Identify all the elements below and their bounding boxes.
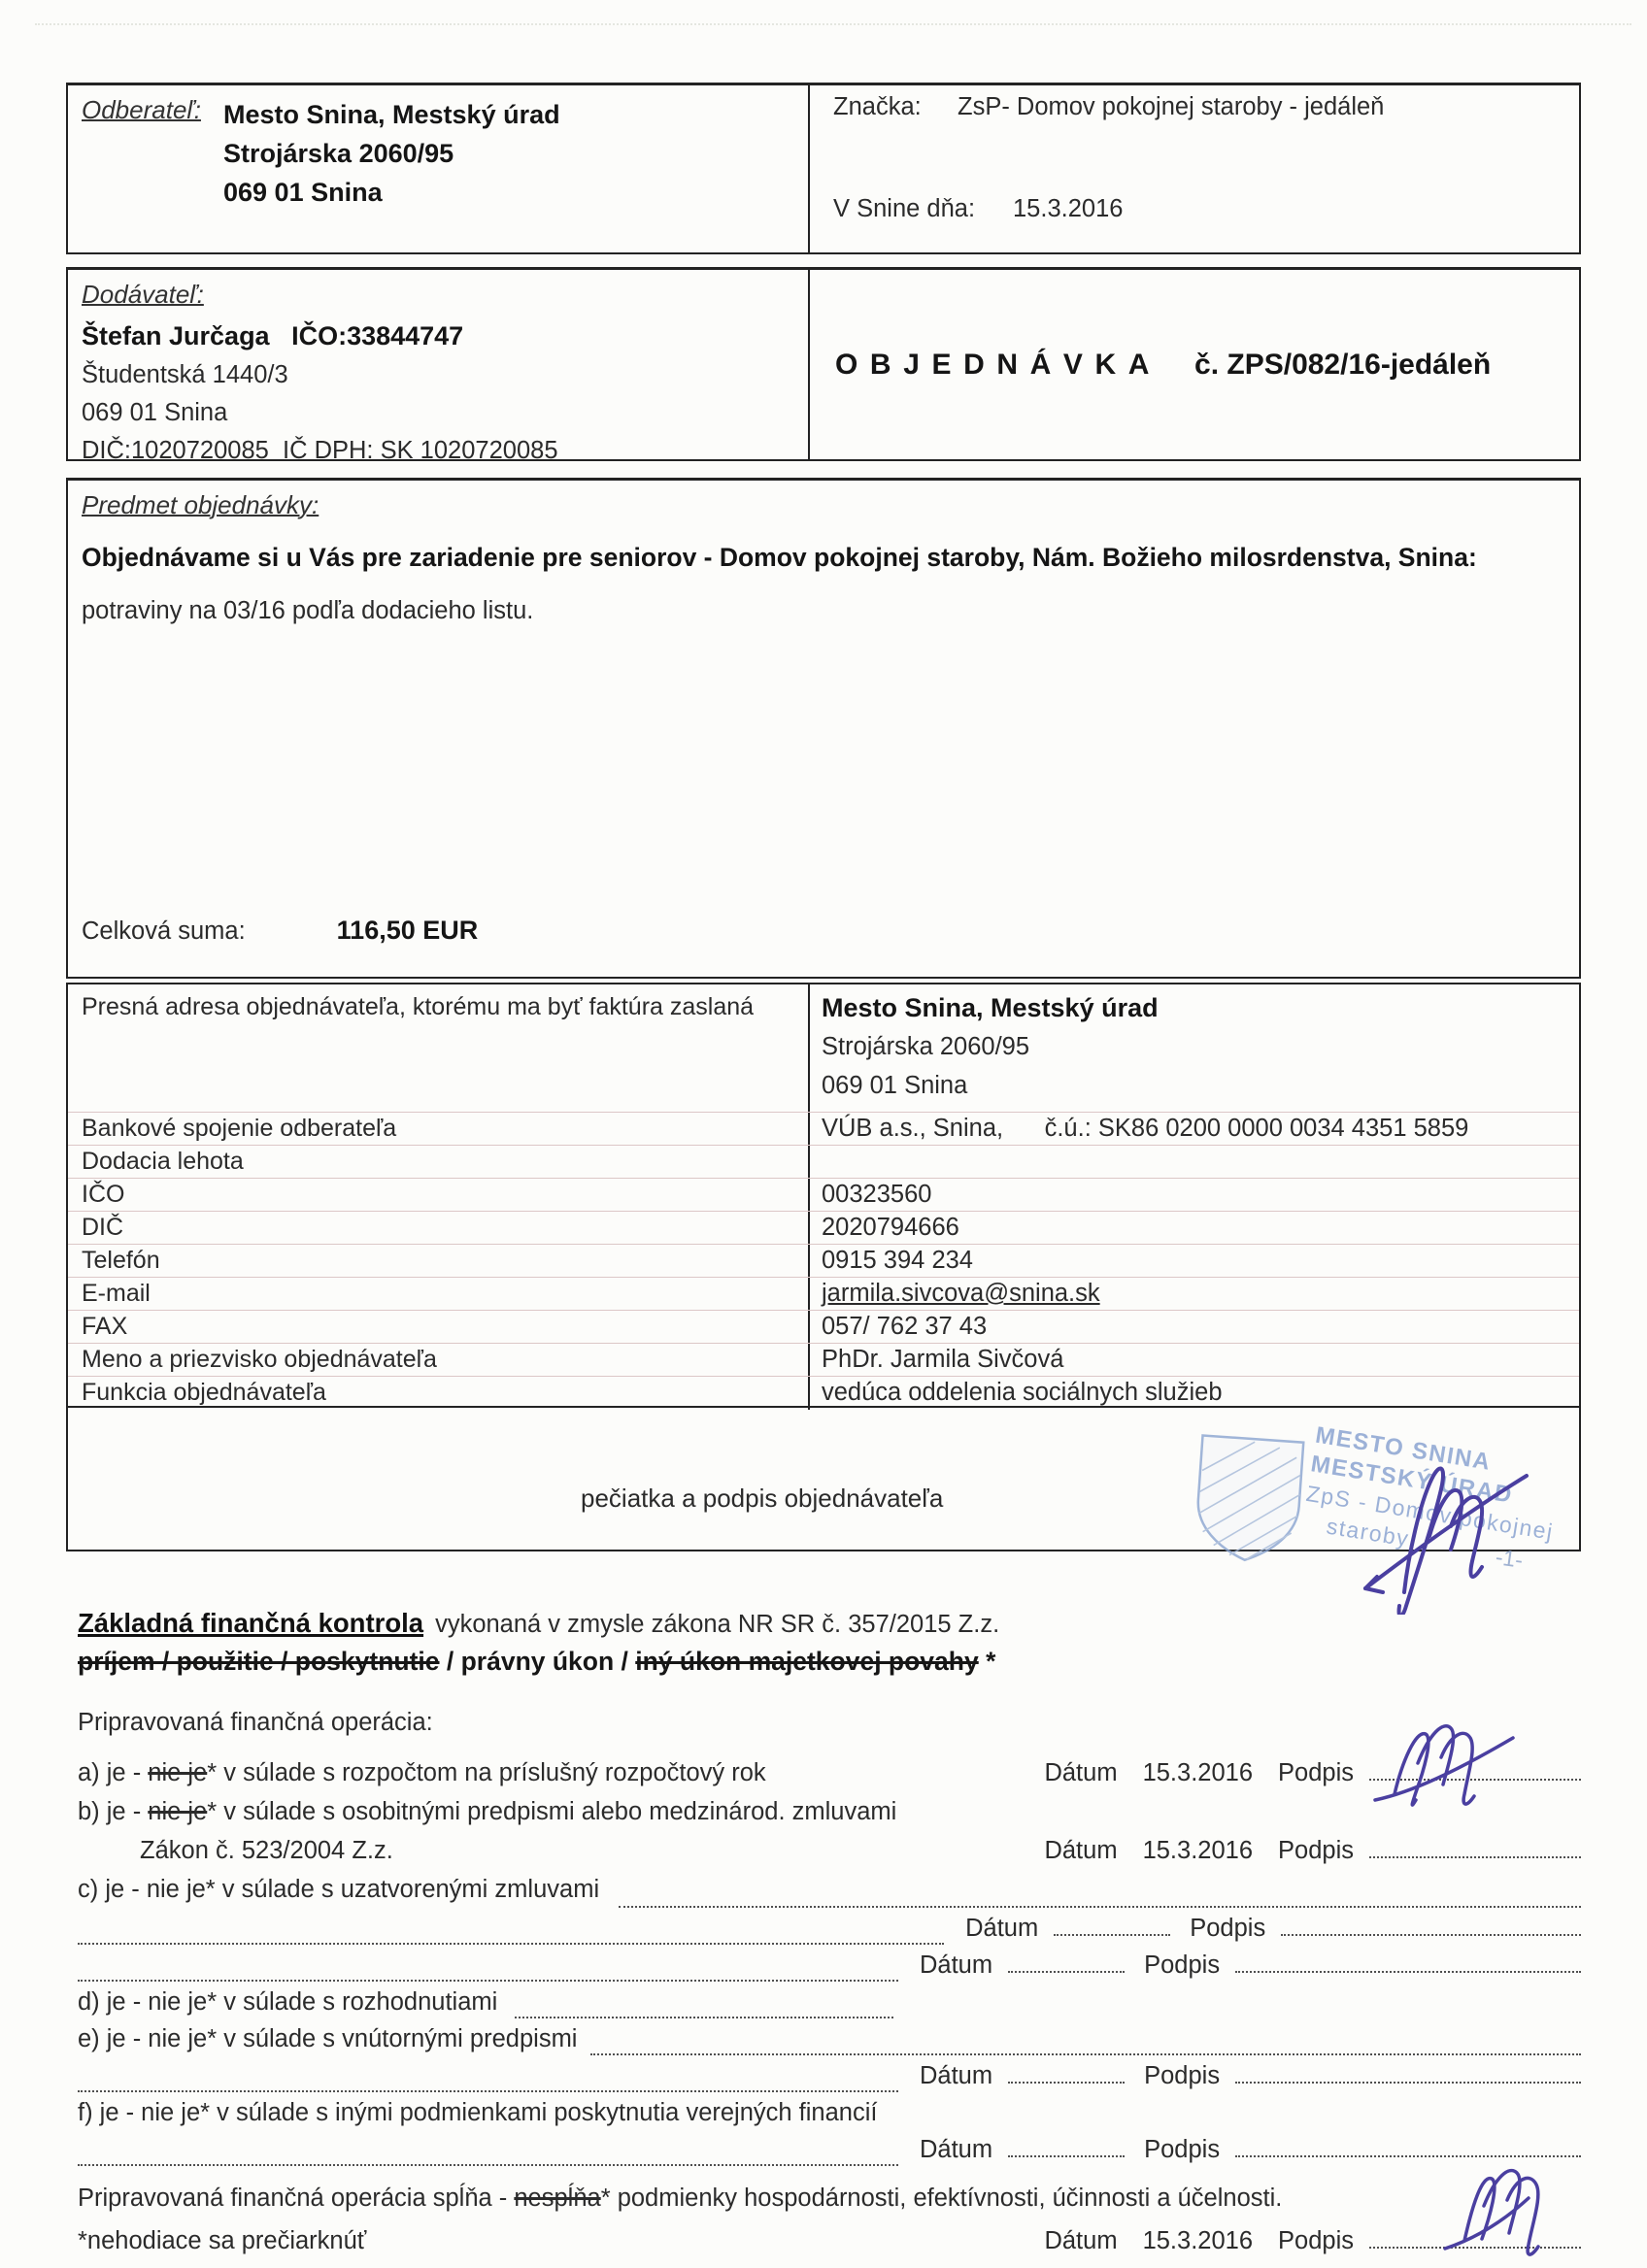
date-dotted-line [1008,2082,1125,2084]
control-title-suffix: vykonaná v zmysle zákona NR SR č. 357/20… [435,1611,999,1638]
supplier-city: 069 01 Snina [82,394,808,432]
total-label: Celková suma: [82,917,246,946]
struck-other-operation: iný úkon majetkovej povahy [635,1647,978,1676]
item-b-law: Zákon č. 523/2004 Z.z. [140,1837,393,1865]
place-date-label: V Snine dňa: [833,195,1013,223]
total-value: 116,50 EUR [337,916,479,946]
item-a-prefix: a) je - [78,1759,148,1786]
supplier-street: Študentská 1440/3 [82,356,808,394]
item-a-text: * v súlade s rozpočtom na príslušný rozp… [207,1759,765,1786]
email-value: jarmila.sivcova@snina.sk [808,1278,1579,1310]
table-row-orderer-name: Meno a priezvisko objednávateľa PhDr. Ja… [68,1344,1579,1377]
reference-cell: Značka: ZsP- Domov pokojnej staroby - je… [808,85,1579,252]
table-row-address: Presná adresa objednávateľa, ktorému ma … [68,984,1579,1113]
signature-dotted-line [1235,2082,1581,2084]
fulfills-prefix: Pripravovaná finančná operácia spĺňa - [78,2185,514,2212]
row-label: Dodacia lehota [68,1146,808,1178]
date-value-b: 15.3.2016 [1143,1837,1253,1865]
subject-line-1: Objednávame si u Vás pre zariadenie pre … [82,543,1558,573]
table-row-ico: IČO 00323560 [68,1179,1579,1212]
prepared-operation-label: Pripravovaná finančná operácia: [78,1709,433,1737]
signature-dotted-line [1235,1971,1581,1973]
table-row-email: E-mail jarmila.sivcova@snina.sk [68,1278,1579,1311]
control-item-b-law-row: Zákon č. 523/2004 Z.z. Dátum 15.3.2016 P… [78,1837,1581,1876]
signature-label: Podpis [1144,2062,1220,2090]
subject-label: Predmet objednávky: [82,490,319,520]
prepared-operation-row: Pripravovaná finančná operácia: [78,1709,1581,1748]
operation-type-row: príjem / použitie / poskytnutie / právny… [78,1647,1581,1689]
item-c-text: c) je - nie je* v súlade s uzatvorenými … [78,1876,599,1904]
control-item-c: c) je - nie je* v súlade s uzatvorenými … [78,1876,1581,1915]
fulfills-struck: nespĺňa [514,2185,600,2212]
supplier-name: Štefan Jurčaga IČO:33844747 [82,316,808,356]
item-b-struck: nie je [148,1798,207,1825]
row-label: Telefón [68,1245,808,1277]
row-label: DIČ [68,1212,808,1244]
item-a-struck: nie je [148,1759,207,1786]
control-item-b: b) je - nie je* v súlade s osobitnými pr… [78,1798,1581,1837]
final-date-signature-row: *nehodiace sa prečiarknúť Dátum 15.3.201… [78,2227,1581,2268]
date-label: Dátum [965,1915,1038,1943]
control-item-e-date-row: Dátum Podpis [78,2062,1581,2099]
date-dotted-line [1054,1934,1170,1936]
fulfills-sentence-row: Pripravovaná finančná operácia spĺňa - n… [78,2185,1581,2227]
reference-value: ZsP- Domov pokojnej staroby - jedáleň [958,93,1384,121]
signature-label: Podpis [1144,1951,1220,1980]
invoice-address-city: 069 01 Snina [822,1066,1579,1105]
customer-address: Mesto Snina, Mestský úrad Strojárska 206… [223,95,560,212]
control-title: Základná finančná kontrola [78,1608,423,1638]
financial-control-section: Základná finančná kontrolavykonaná v zmy… [78,1608,1581,2268]
control-item-a: a) je - nie je* v súlade s rozpočtom na … [78,1759,1581,1798]
order-number: č. ZPS/082/16-jedáleň [1194,349,1491,382]
city-coat-of-arms-stamp-icon [1186,1429,1313,1571]
row-label: FAX [68,1311,808,1343]
control-item-c-date-row: Dátum Podpis [78,1915,1581,1951]
item-e-text: e) je - nie je* v súlade s vnútornými pr… [78,2025,577,2053]
order-subject-box: Predmet objednávky: Objednávame si u Vás… [66,478,1581,979]
signature-label: Podpis [1278,2227,1354,2255]
supplier-order-box: Dodávateľ: Štefan Jurčaga IČO:33844747 Š… [66,267,1581,461]
dotted-line [78,2090,898,2092]
operation-type-kept: / právny úkon / [440,1647,636,1676]
strike-note: *nehodiace sa prečiarknúť [78,2227,366,2255]
row-value: Mesto Snina, Mestský úrad Strojárska 206… [808,984,1579,1112]
supplier-tax-ids: DIČ:1020720085 IČ DPH: SK 1020720085 [82,432,808,470]
signature-label: Podpis [1144,2136,1220,2164]
row-label: Funkcia objednávateľa [68,1377,808,1410]
control-item-f: f) je - nie je* v súlade s inými podmien… [78,2099,1581,2136]
table-row-delivery: Dodacia lehota [68,1146,1579,1179]
scanned-order-document: { "header": { "odberatel_label": "Odbera… [0,0,1647,2268]
table-row-dic: DIČ 2020794666 [68,1212,1579,1245]
table-row-fax: FAX 057/ 762 37 43 [68,1311,1579,1344]
date-label: Dátum [1044,2227,1117,2255]
dic-value: 2020794666 [808,1212,1579,1244]
dotted-line [78,2164,898,2166]
customer-name: Mesto Snina, Mestský úrad [223,95,560,134]
supplier-cell: Dodávateľ: Štefan Jurčaga IČO:33844747 Š… [68,270,808,459]
orderer-signature [1350,1445,1549,1615]
row-label: Bankové spojenie odberateľa [68,1113,808,1145]
delivery-term-value [808,1146,1579,1178]
customer-label: Odberateľ: [82,95,223,212]
item-b-prefix: b) je - [78,1798,148,1825]
dotted-line [78,1943,944,1945]
approver-signature-b [1435,2148,1610,2264]
customer-header-box: Odberateľ: Mesto Snina, Mestský úrad Str… [66,83,1581,254]
item-f-text: f) je - nie je* v súlade s inými podmien… [78,2099,877,2127]
control-item-e: e) je - nie je* v súlade s vnútornými pr… [78,2025,1581,2062]
control-item-d: d) je - nie je* v súlade s rozhodnutiami [78,1988,1581,2025]
dotted-line [619,1906,1581,1908]
subject-line-2: potraviny na 03/16 podľa dodacieho listu… [82,597,533,625]
reference-label: Značka: [833,93,958,121]
item-d-text: d) je - nie je* v súlade s rozhodnutiami [78,1988,497,2017]
date-label: Dátum [1044,1837,1117,1865]
order-title-cell: OBJEDNÁVKA č. ZPS/082/16-jedáleň [808,270,1579,459]
date-label: Dátum [920,2062,992,2090]
struck-operation-types: príjem / použitie / poskytnutie [78,1647,440,1676]
control-item-f-date-row: Dátum Podpis [78,2136,1581,2173]
row-label: IČO [68,1179,808,1211]
table-row-orderer-function: Funkcia objednávateľa vedúca oddelenia s… [68,1377,1579,1410]
stamp-caption: pečiatka a podpis objednávateľa [581,1484,943,1514]
control-item-d-date-row: Dátum Podpis [78,1951,1581,1988]
invoice-address-street: Strojárska 2060/95 [822,1027,1579,1066]
date-dotted-line [1008,2155,1125,2157]
signature-label: Podpis [1190,1915,1265,1943]
supplier-label: Dodávateľ: [82,280,204,309]
row-label: Presná adresa objednávateľa, ktorému ma … [68,984,808,1112]
row-label: Meno a priezvisko objednávateľa [68,1344,808,1376]
customer-cell: Odberateľ: Mesto Snina, Mestský úrad Str… [68,85,808,252]
signature-dotted-line [1369,1856,1581,1858]
invoice-address-name: Mesto Snina, Mestský úrad [822,984,1579,1027]
date-value-a: 15.3.2016 [1143,1759,1253,1787]
order-title: OBJEDNÁVKA [835,349,1161,382]
ico-value: 00323560 [808,1179,1579,1211]
billing-details-table: Presná adresa objednávateľa, ktorému ma … [66,983,1581,1408]
table-row-phone: Telefón 0915 394 234 [68,1245,1579,1278]
final-date-value: 15.3.2016 [1143,2227,1253,2255]
signature-label: Podpis [1278,1759,1354,1787]
customer-city: 069 01 Snina [223,173,560,212]
date-label: Dátum [920,1951,992,1980]
dotted-line [78,1980,898,1982]
signature-dotted-line [1281,1934,1581,1936]
customer-street: Strojárska 2060/95 [223,134,560,173]
approver-signature-a [1367,1709,1571,1816]
date-label: Dátum [1044,1759,1117,1787]
orderer-function-value: vedúca oddelenia sociálnych služieb [808,1377,1579,1410]
date-label: Dátum [920,2136,992,2164]
dotted-line [590,2053,1581,2055]
fax-value: 057/ 762 37 43 [808,1311,1579,1343]
signature-label: Podpis [1278,1837,1354,1865]
document-date: 15.3.2016 [1013,195,1123,223]
operation-asterisk: * [979,1647,996,1676]
scan-artifact-line [35,23,1631,25]
table-row-bank: Bankové spojenie odberateľa VÚB a.s., Sn… [68,1113,1579,1146]
row-label: E-mail [68,1278,808,1310]
dotted-line [515,2017,893,2018]
date-dotted-line [1008,1971,1125,1973]
bank-account-value: VÚB a.s., Snina, č.ú.: SK86 0200 0000 00… [808,1113,1579,1145]
orderer-name-value: PhDr. Jarmila Sivčová [808,1344,1579,1376]
phone-value: 0915 394 234 [808,1245,1579,1277]
item-b-text: * v súlade s osobitnými predpismi alebo … [207,1798,896,1825]
fulfills-rest: * podmienky hospodárnosti, efektívnosti,… [601,2185,1283,2212]
